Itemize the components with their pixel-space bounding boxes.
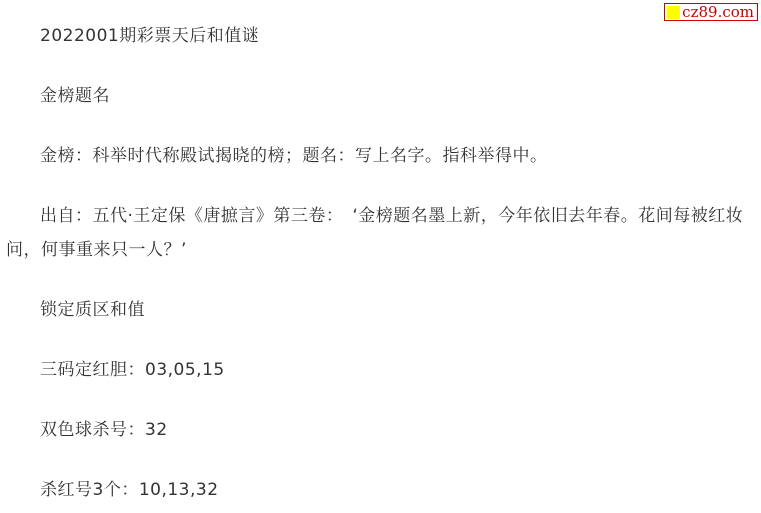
article-paragraph: 双色球杀号：32 xyxy=(6,413,753,447)
article-title: 2022001期彩票天后和值谜 xyxy=(6,19,753,53)
site-logo[interactable]: cz89.com xyxy=(664,3,758,21)
article-paragraph: 三码定红胆：03,05,15 xyxy=(6,353,753,387)
article-paragraph: 杀红号3个：10,13,32 xyxy=(6,473,753,507)
article-paragraph: 金榜题名 xyxy=(6,79,753,113)
article-paragraph: 锁定质区和值 xyxy=(6,293,753,327)
article-paragraph: 金榜：科举时代称殿试揭晓的榜；题名：写上名字。指科举得中。 xyxy=(6,139,753,173)
logo-square-icon xyxy=(667,6,680,19)
logo-text: cz89.com xyxy=(682,5,754,20)
article-page: cz89.com 2022001期彩票天后和值谜 金榜题名 金榜：科举时代称殿试… xyxy=(0,0,761,513)
article-paragraph: 出自：五代·王定保《唐摭言》第三卷： ‘金榜题名墨上新，今年依旧去年春。花间每被… xyxy=(6,199,753,267)
article-content: 2022001期彩票天后和值谜 金榜题名 金榜：科举时代称殿试揭晓的榜；题名：写… xyxy=(0,19,761,507)
